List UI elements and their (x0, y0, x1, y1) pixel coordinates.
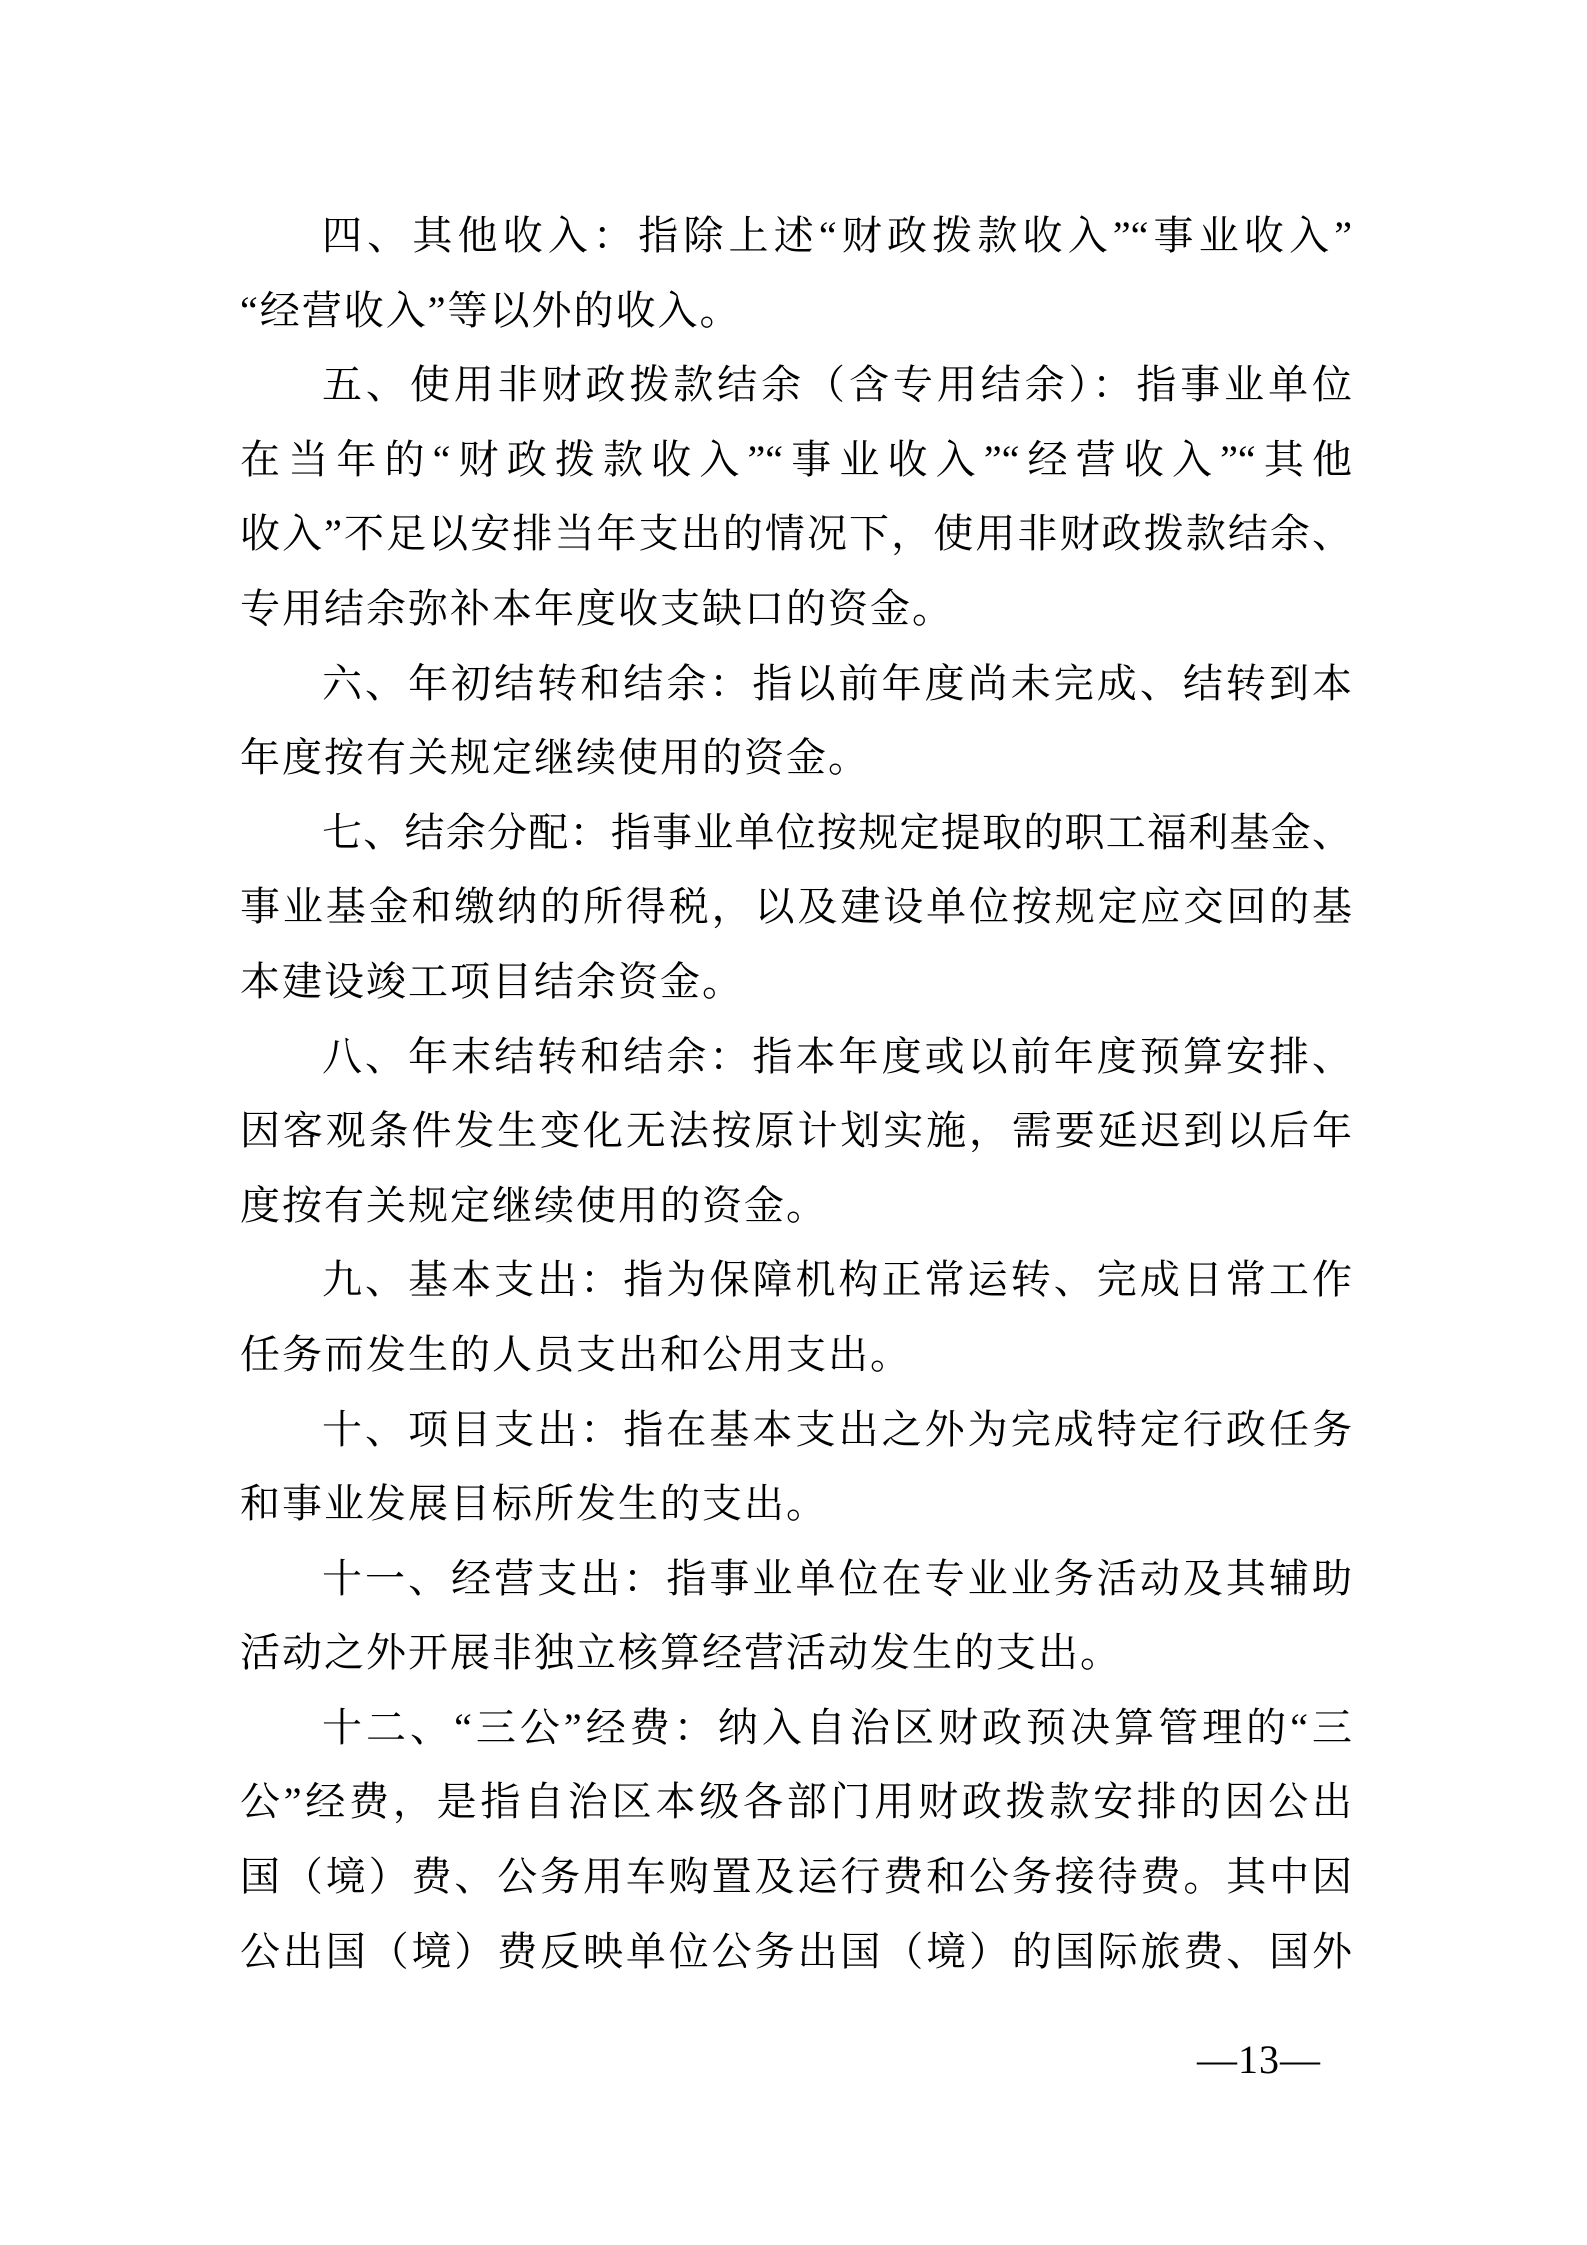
text-line: “经营收入”等以外的收入。 (240, 274, 1352, 349)
text-line: 十、项目支出：指在基本支出之外为完成特定行政任务 (240, 1393, 1352, 1468)
document-page: 四、其他收入：指除上述“财政拨款收入”“事业收入”“经营收入”等以外的收入。五、… (0, 0, 1587, 2245)
text-line: 公”经费，是指自治区本级各部门用财政拨款安排的因公出 (240, 1765, 1352, 1840)
text-line: 事业基金和缴纳的所得税，以及建设单位按规定应交回的基 (240, 870, 1352, 945)
text-line: 度按有关规定继续使用的资金。 (240, 1169, 1352, 1244)
text-line: 十二、“三公”经费：纳入自治区财政预决算管理的“三 (240, 1691, 1352, 1766)
text-line: 活动之外开展非独立核算经营活动发生的支出。 (240, 1616, 1352, 1691)
text-line: 国（境）费、公务用车购置及运行费和公务接待费。其中因 (240, 1840, 1352, 1915)
text-line: 六、年初结转和结余：指以前年度尚未完成、结转到本 (240, 647, 1352, 722)
text-line: 九、基本支出：指为保障机构正常运转、完成日常工作 (240, 1243, 1352, 1318)
text-line: 八、年末结转和结余：指本年度或以前年度预算安排、 (240, 1020, 1352, 1095)
text-line: 七、结余分配：指事业单位按规定提取的职工福利基金、 (240, 796, 1352, 871)
text-line: 因客观条件发生变化无法按原计划实施，需要延迟到以后年 (240, 1094, 1352, 1169)
text-line: 专用结余弥补本年度收支缺口的资金。 (240, 572, 1352, 647)
page-number: —13— (1197, 2036, 1321, 2083)
text-line: 任务而发生的人员支出和公用支出。 (240, 1318, 1352, 1393)
text-line: 四、其他收入：指除上述“财政拨款收入”“事业收入” (240, 199, 1352, 274)
text-line: 十一、经营支出：指事业单位在专业业务活动及其辅助 (240, 1542, 1352, 1617)
text-line: 本建设竣工项目结余资金。 (240, 945, 1352, 1020)
text-line: 和事业发展目标所发生的支出。 (240, 1467, 1352, 1542)
text-line: 收入”不足以安排当年支出的情况下，使用非财政拨款结余、 (240, 497, 1352, 572)
text-line: 公出国（境）费反映单位公务出国（境）的国际旅费、国外 (240, 1915, 1352, 1990)
text-line: 五、使用非财政拨款结余（含专用结余）：指事业单位 (240, 348, 1352, 423)
document-body: 四、其他收入：指除上述“财政拨款收入”“事业收入”“经营收入”等以外的收入。五、… (240, 199, 1352, 1989)
text-line: 年度按有关规定继续使用的资金。 (240, 721, 1352, 796)
text-line: 在当年的“财政拨款收入”“事业收入”“经营收入”“其他 (240, 423, 1352, 498)
